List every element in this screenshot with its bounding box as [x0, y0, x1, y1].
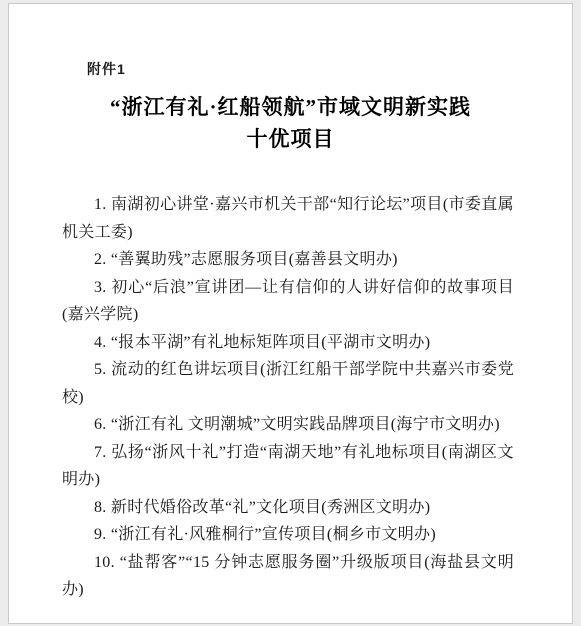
list-item-5: 5. 流动的红色讲坛项目(浙江红船干部学院中共嘉兴市委党校) — [62, 356, 514, 411]
list-item-7: 7. 弘扬“浙风十礼”打造“南湖天地”有礼地标项目(南湖区文明办) — [62, 439, 514, 494]
document-title: “浙江有礼·红船领航”市域文明新实践 十优项目 — [49, 91, 532, 155]
document-page: 附件1 “浙江有礼·红船领航”市域文明新实践 十优项目 1. 南湖初心讲堂·嘉兴… — [8, 3, 573, 624]
list-item-3: 3. 初心“后浪”宣讲团—让有信仰的人讲好信仰的故事项目(嘉兴学院) — [62, 274, 514, 329]
list-item-10: 10. “盐帮客”“15 分钟志愿服务圈”升级版项目(海盐县文明办) — [62, 549, 514, 604]
list-item-9: 9. “浙江有礼·风雅桐行”宣传项目(桐乡市文明办) — [62, 521, 514, 549]
document-title-line2: 十优项目 — [49, 123, 532, 155]
list-item-6: 6. “浙江有礼 文明潮城”文明实践品牌项目(海宁市文明办) — [62, 411, 514, 439]
list-item-8: 8. 新时代婚俗改革“礼”文化项目(秀洲区文明办) — [62, 494, 514, 522]
list-item-1: 1. 南湖初心讲堂·嘉兴市机关干部“知行论坛”项目(市委直属机关工委) — [62, 191, 514, 246]
project-list: 1. 南湖初心讲堂·嘉兴市机关干部“知行论坛”项目(市委直属机关工委) 2. “… — [9, 191, 572, 604]
document-title-line1: “浙江有礼·红船领航”市域文明新实践 — [49, 91, 532, 123]
list-item-2: 2. “善翼助残”志愿服务项目(嘉善县文明办) — [62, 246, 514, 274]
attachment-label: 附件1 — [87, 59, 572, 79]
list-item-4: 4. “报本平湖”有礼地标矩阵项目(平湖市文明办) — [62, 329, 514, 357]
